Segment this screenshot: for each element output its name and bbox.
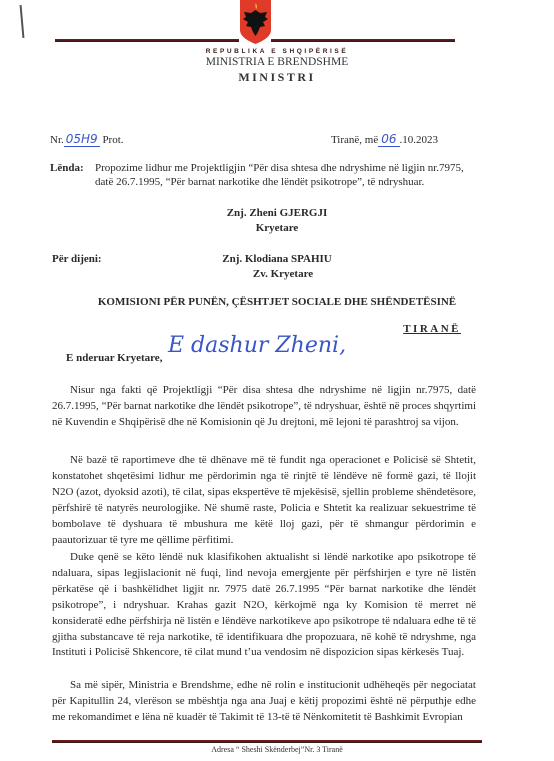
salutation-handwritten: E dashur Zheni, xyxy=(168,333,346,358)
cc-name: Znj. Klodiana SPAHIU xyxy=(0,253,554,265)
subject-text: Propozime lidhur me Projektligjin “Për d… xyxy=(95,162,470,189)
commission-name: KOMISIONI PËR PUNËN, ÇËSHTJET SOCIALE DH… xyxy=(0,296,554,308)
body-paragraph: Duke qenë se këto lëndë nuk klasifikohen… xyxy=(52,550,476,661)
date-prefix: Tiranë, më xyxy=(331,134,378,146)
salutation-printed: E nderuar Kryetare, xyxy=(66,352,162,364)
header-rule-right xyxy=(271,39,455,42)
protocol-number: Nr.05H9 Prot. xyxy=(50,132,124,147)
body-paragraph: Nisur nga fakti që Projektligji “Për dis… xyxy=(52,383,476,431)
protocol-suffix: Prot. xyxy=(102,134,123,146)
albanian-eagle-emblem-icon xyxy=(239,0,272,44)
subject-label: Lënda: xyxy=(50,162,95,189)
cc-title: Zv. Kryetare xyxy=(0,268,554,280)
header-republic: REPUBLIKA E SHQIPËRISË xyxy=(0,48,554,55)
document-date: Tiranë, më06.10.2023 xyxy=(331,132,438,147)
footer-rule xyxy=(52,740,482,743)
protocol-prefix: Nr. xyxy=(50,134,64,146)
recipient-name: Znj. Zheni GJERGJI xyxy=(0,207,554,219)
header-rule-left xyxy=(55,39,239,42)
recipient-title: Kryetare xyxy=(0,222,554,234)
subject-block: Lënda: Propozime lidhur me Projektligjin… xyxy=(50,162,470,189)
margin-pen-mark xyxy=(20,5,25,38)
footer-address: Adresa “ Sheshi Skënderbej”Nr. 3 Tiranë xyxy=(0,745,554,754)
body-paragraph: Në bazë të raportimeve dhe të dhënave më… xyxy=(52,453,476,548)
date-day-handwritten: 06 xyxy=(378,132,399,147)
body-paragraph: Sa më sipër, Ministria e Brendshme, edhe… xyxy=(52,678,476,726)
header-office: MINISTRI xyxy=(0,70,554,85)
city: TIRANË xyxy=(403,323,461,335)
header-ministry: MINISTRIA E BRENDSHME xyxy=(0,56,554,68)
date-rest: .10.2023 xyxy=(400,134,439,146)
protocol-number-handwritten: 05H9 xyxy=(64,132,100,147)
